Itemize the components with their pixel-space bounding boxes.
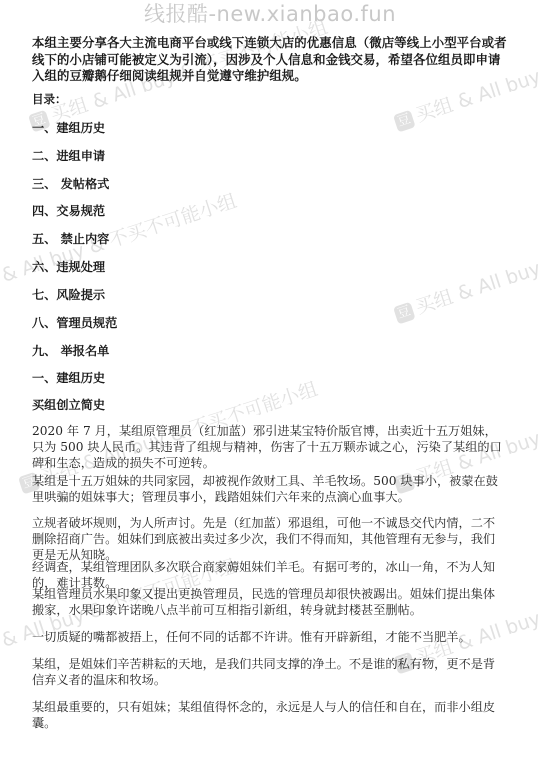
subsection-title: 买组创立简史 [32,396,105,413]
toc-item: 九、 举报名单 [32,342,109,359]
toc-title: 目录： [32,91,67,107]
toc-item: 二、进组申请 [32,147,105,164]
toc-item: 四、交易规范 [32,202,105,219]
section-title: 一、建组历史 [32,369,105,386]
douban-badge-icon: 豆 [393,109,416,132]
toc-item: 六、违规处理 [32,258,105,275]
paragraph: 某组最重要的，只有姐妹；某组值得怀念的，永远是人与人的信任和自在，而非小组皮囊。 [32,699,502,731]
paragraph: 2020 年 7 月，某组原管理员（红加蓝）邪引进某宝特价版官博，出卖近十五万姐… [32,423,502,471]
intro-paragraph: 本组主要分享各大主流电商平台或线下连锁大店的优惠信息（微店等线上小型平台或者线下… [32,35,508,85]
paragraph: 某组管理员水果印象又提出更换管理员，民选的管理员却很快被踢出。姐妹们提出集体搬家… [32,586,502,618]
paragraph: 立规者破坏规则，为人所声讨。先是（红加蓝）邪退组，可他一不诚恳交代内情，二不删除… [32,515,502,563]
douban-badge-icon: 豆 [393,301,416,324]
toc-item: 一、建组历史 [32,119,105,136]
document-body: 本组主要分享各大主流电商平台或线下连锁大店的优惠信息（微店等线上小型平台或者线下… [32,35,508,85]
paragraph: 某组，是姐妹们辛苦耕耘的天地，是我们共同支撑的净土。不是谁的私有物，更不是背信弃… [32,656,502,688]
site-watermark: 线报酷-new.xianbao.fun [0,0,540,28]
paragraph: 一切质疑的嘴都被捂上，任何不同的话都不许讲。惟有开辟新组，才能不当肥羊。 [32,629,502,645]
toc-item: 七、风险提示 [32,286,105,303]
paragraph: 某组是十五万姐妹的共同家园，却被视作敛财工具、羊毛牧场。500 块事小，被蒙在鼓… [32,473,502,505]
toc-item: 八、管理员规范 [32,314,117,331]
toc-item: 三、 发帖格式 [32,175,109,192]
group-watermark: 豆买组 & All buy [391,254,540,327]
toc-item: 五、 禁止内容 [32,230,109,247]
